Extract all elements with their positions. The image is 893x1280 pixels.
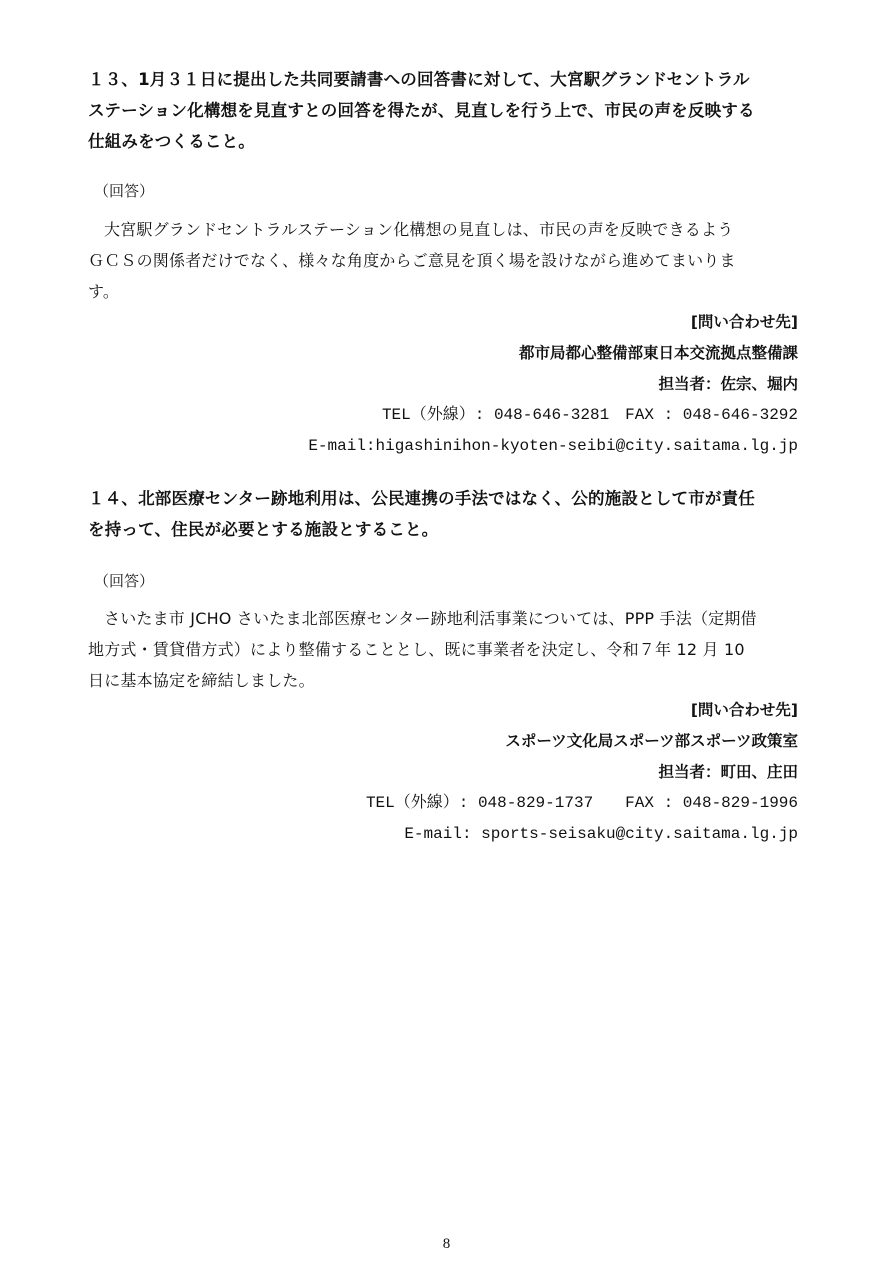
contact-heading: [問い合わせ先] [308,307,798,338]
contact-email[interactable]: E-mail: sports-seisaku@city.saitama.lg.j… [366,819,798,850]
contact-block-14: [問い合わせ先] スポーツ文化局スポーツ部スポーツ政策室 担当者：町田、庄田 T… [366,695,798,850]
contact-phone: TEL（外線）: 048-829-1737 FAX : 048-829-1996 [366,788,798,819]
request-14-line-2: を持って、住民が必要とする施設とすること。 [88,514,800,545]
contact-department: 都市局都心整備部東日本交流拠点整備課 [308,338,798,369]
answer-13: 大宮駅グランドセントラルステーション化構想の見直しは、市民の声を反映できるよう … [88,214,800,307]
answer-13-line-2: ＧＣＳの関係者だけでなく、様々な角度からご意見を頂く場を設けながら進めてまいりま [88,245,800,276]
request-14-line-1: １４、北部医療センター跡地利用は、公民連携の手法ではなく、公的施設として市が責任 [88,483,800,514]
request-13: １３、1月３１日に提出した共同要請書への回答書に対して、大宮駅グランドセントラル… [88,64,800,157]
answer-13-line-1: 大宮駅グランドセントラルステーション化構想の見直しは、市民の声を反映できるよう [88,214,800,245]
answer-13-line-3: す。 [88,276,800,307]
request-13-line-3: 仕組みをつくること。 [88,126,800,157]
contact-department: スポーツ文化局スポーツ部スポーツ政策室 [366,726,798,757]
document-page: １３、1月３１日に提出した共同要請書への回答書に対して、大宮駅グランドセントラル… [0,0,893,1280]
contact-phone: TEL（外線）: 048-646-3281 FAX : 048-646-3292 [308,400,798,431]
answer-14-line-1: さいたま市 JCHO さいたま北部医療センター跡地利活事業については、PPP 手… [88,603,800,634]
answer-14-line-3: 日に基本協定を締結しました。 [88,665,800,696]
contact-staff: 担当者：佐宗、堀内 [308,369,798,400]
answer-label-14: （回答） [94,570,154,591]
contact-heading: [問い合わせ先] [366,695,798,726]
contact-block-13: [問い合わせ先] 都市局都心整備部東日本交流拠点整備課 担当者：佐宗、堀内 TE… [308,307,798,462]
request-14: １４、北部医療センター跡地利用は、公民連携の手法ではなく、公的施設として市が責任… [88,483,800,545]
request-13-line-2: ステーション化構想を見直すとの回答を得たが、見直しを行う上で、市民の声を反映する [88,95,800,126]
request-13-line-1: １３、1月３１日に提出した共同要請書への回答書に対して、大宮駅グランドセントラル [88,64,800,95]
contact-staff: 担当者：町田、庄田 [366,757,798,788]
contact-email[interactable]: E-mail:higashinihon-kyoten-seibi@city.sa… [308,431,798,462]
page-number: 8 [0,1236,893,1253]
answer-14-line-2: 地方式・賃貸借方式）により整備することとし、既に事業者を決定し、令和７年 12 … [88,634,800,665]
answer-label-13: （回答） [94,180,154,201]
answer-14: さいたま市 JCHO さいたま北部医療センター跡地利活事業については、PPP 手… [88,603,800,696]
